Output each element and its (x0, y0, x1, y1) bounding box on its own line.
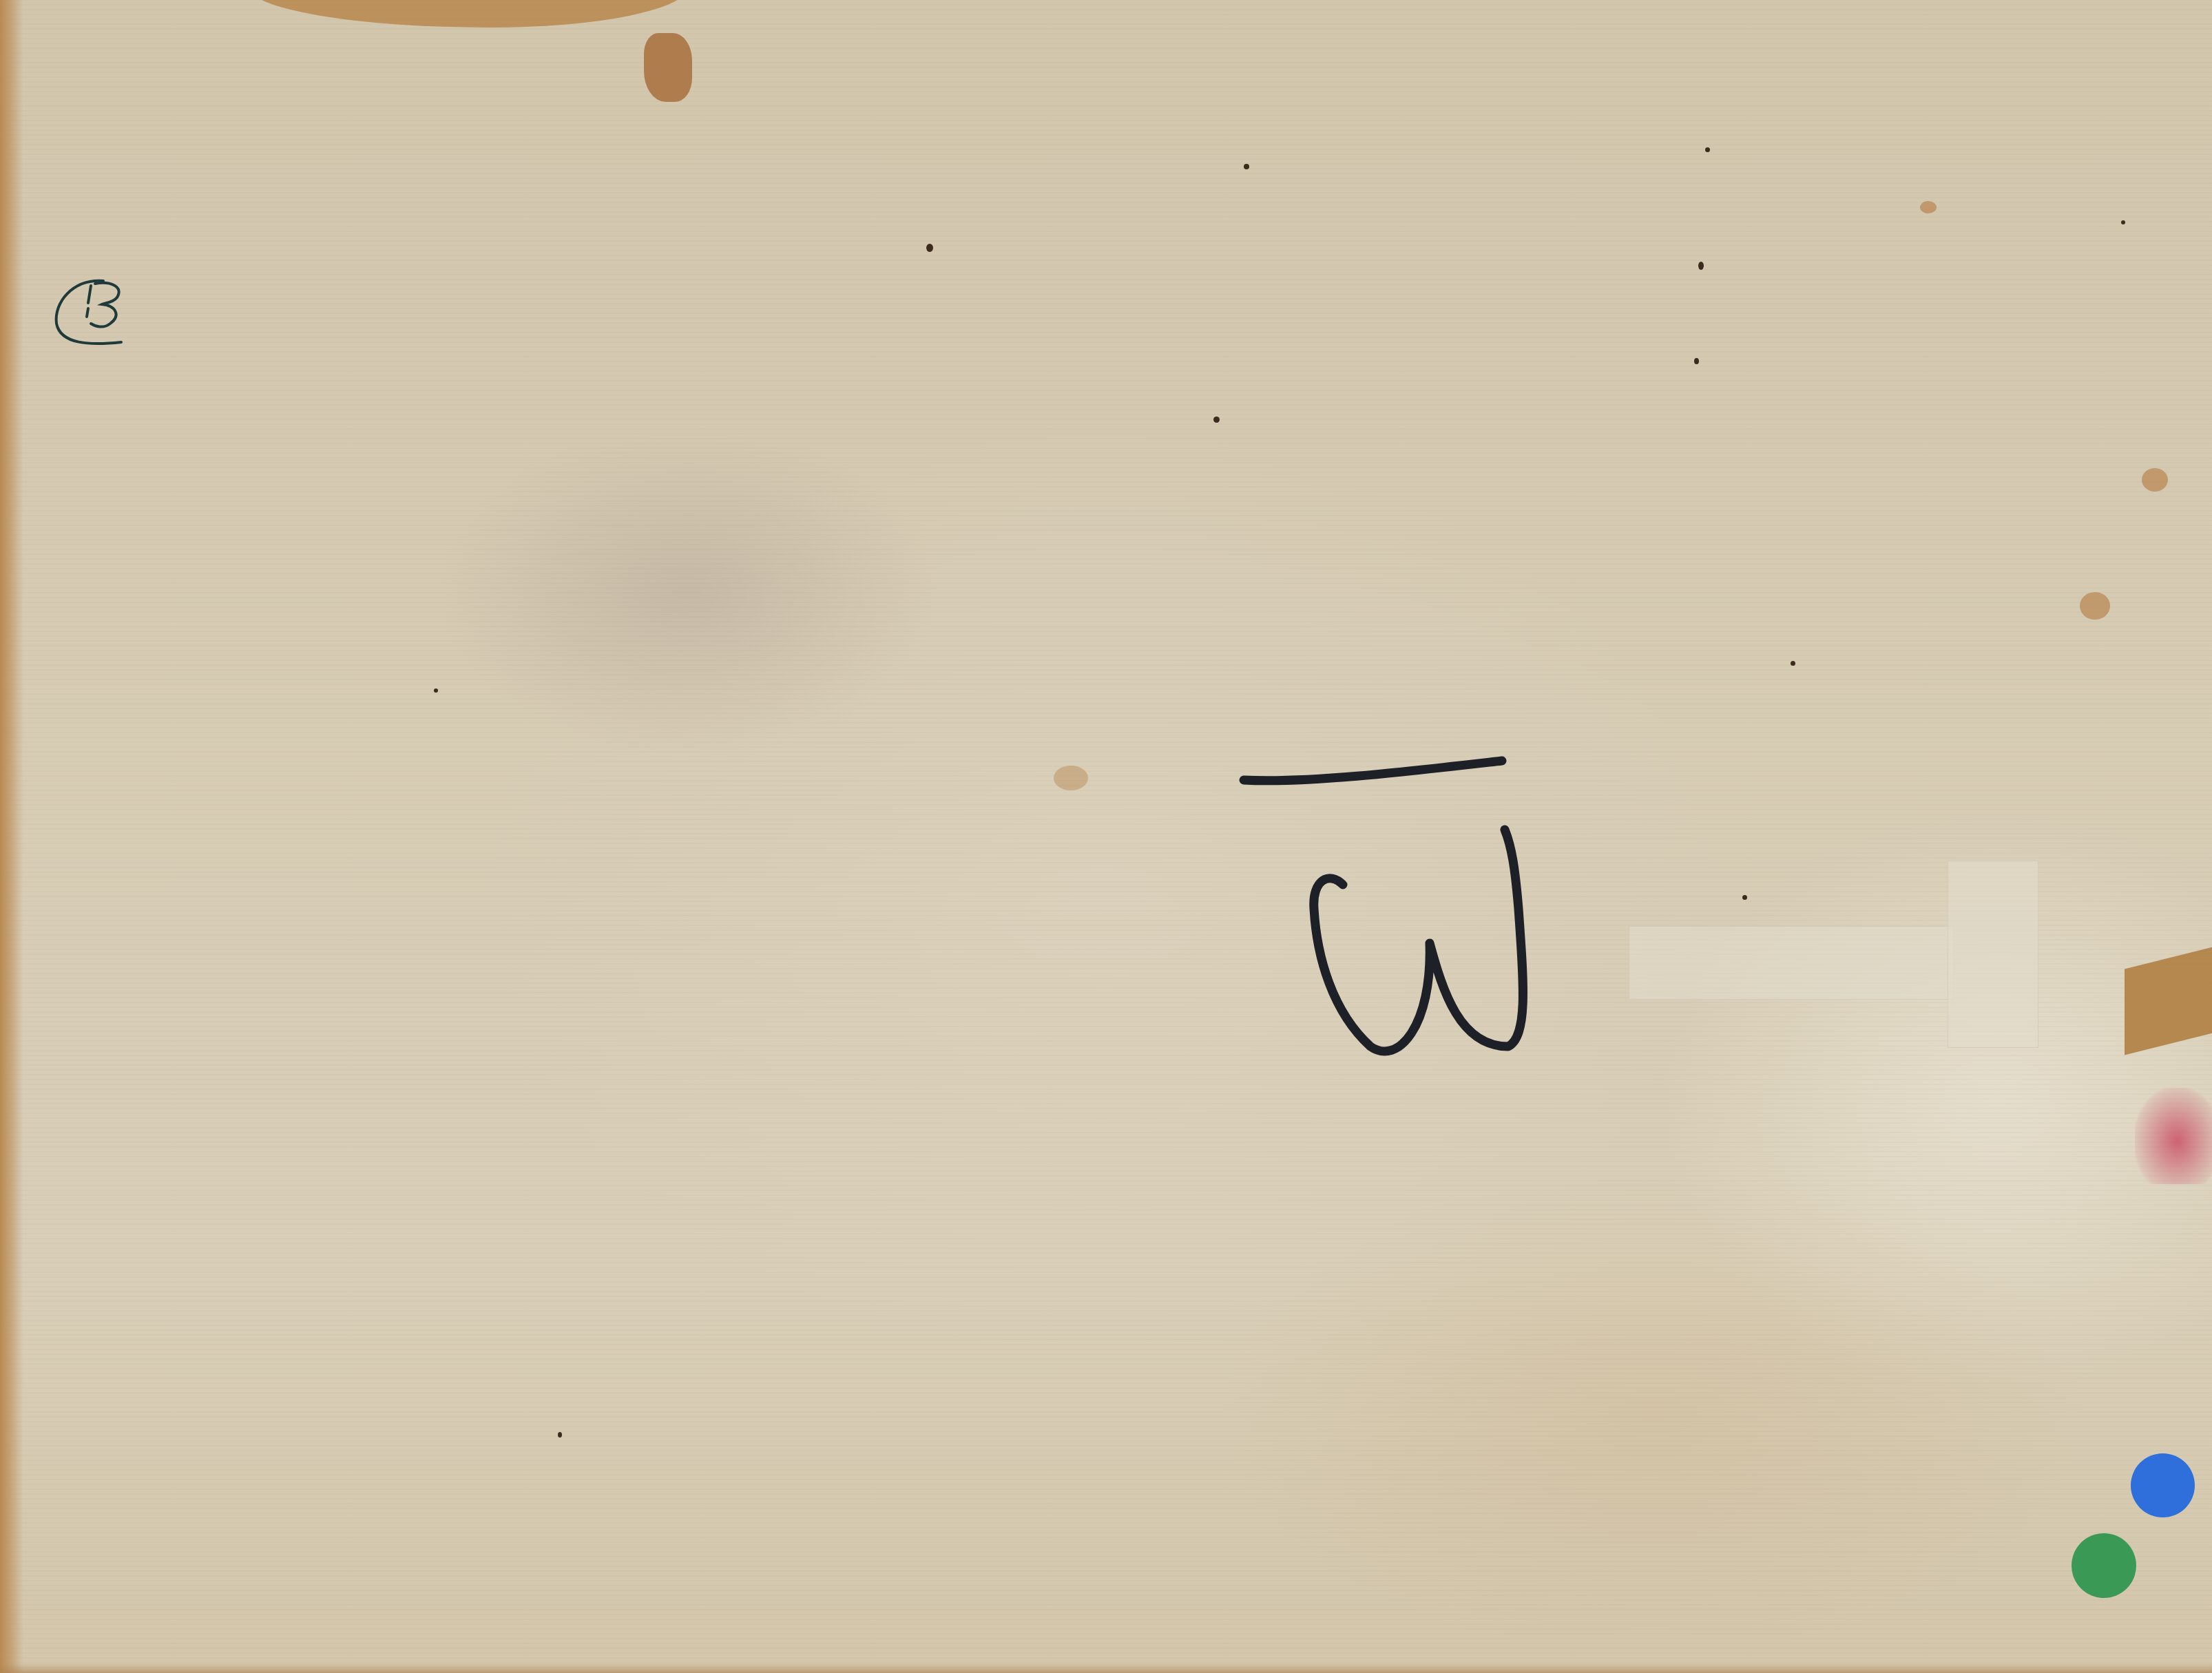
monogram-w-mark (1244, 761, 1523, 1051)
blue-sticker-dot (2131, 1453, 2195, 1517)
green-sticker-dot (2072, 1533, 2136, 1598)
circled-13-mark (56, 281, 121, 344)
painted-board-back: 13 W (0, 0, 2212, 1673)
handwritten-marks (0, 0, 2212, 1673)
